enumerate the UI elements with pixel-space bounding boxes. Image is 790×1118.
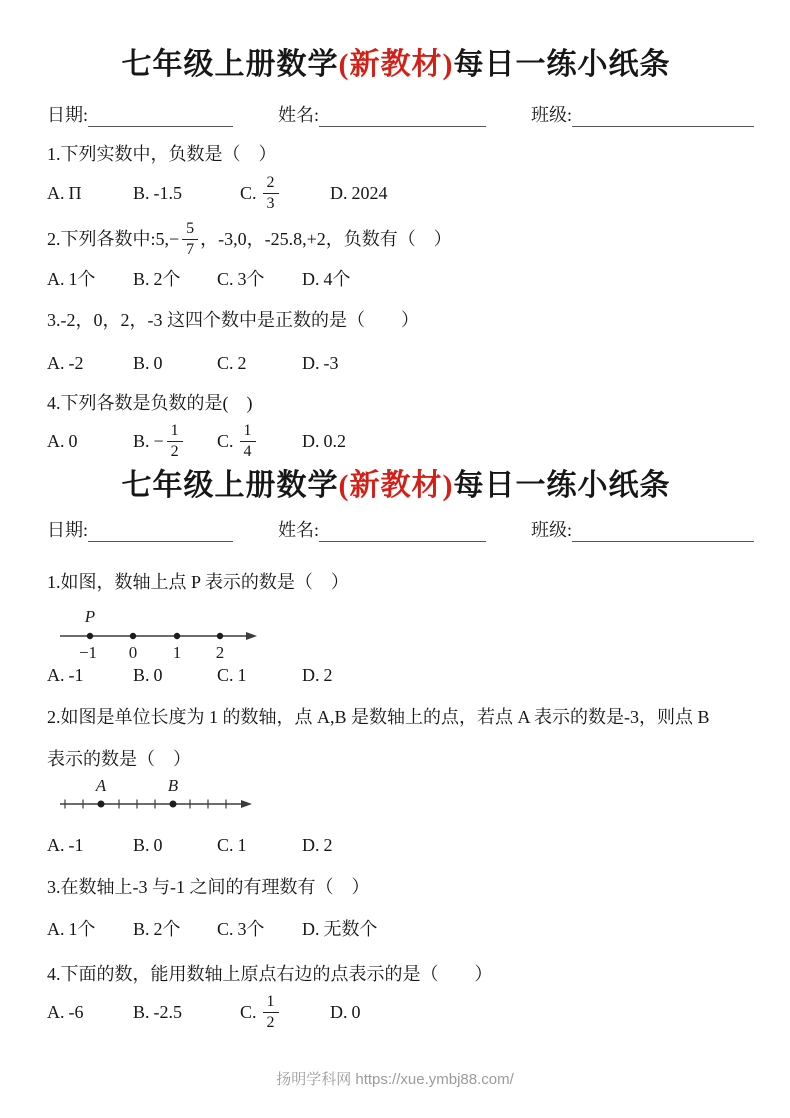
fraction-numerator: 2 [263, 174, 279, 194]
minus-sign: − [154, 429, 164, 453]
choice-value: 1个 [69, 917, 96, 941]
worksheet-section-2: 七年级上册数学(新教材)每日一练小纸条 日期: 姓名: 班级: 1.如图，数轴上… [47, 467, 745, 1035]
point-p-label: P [84, 609, 95, 626]
choice-value: 0 [154, 351, 163, 375]
title-text-right: 每日一练小纸条 [453, 469, 670, 502]
choice-label: A. [47, 351, 65, 375]
choice-value: 2 [238, 351, 247, 375]
point-dot [174, 633, 180, 639]
choice: C.14 [217, 422, 302, 461]
fraction-denominator: 3 [263, 194, 279, 213]
choice-label: A. [47, 267, 65, 291]
question-text: 1.如图，数轴上点 P 表示的数是（ ） [47, 570, 745, 594]
choice-value: -1.5 [154, 181, 183, 205]
choice-label: A. [47, 833, 65, 857]
choice: D.无数个 [302, 917, 378, 941]
question-text: 4.下面的数，能用数轴上原点右边的点表示的是（ ） [47, 962, 745, 986]
fraction-denominator: 7 [182, 240, 198, 259]
choices-row: A.0 B.−12 C.14 D.0.2 [47, 418, 745, 464]
question-text-pre: 2.下列各数中:5, [47, 216, 169, 262]
worksheet-page: 七年级上册数学(新教材)每日一练小纸条 日期: 姓名: 班级: 1.下列实数中，… [0, 0, 790, 1118]
choice-value: 0 [352, 1000, 361, 1024]
class-field: 班级: [531, 518, 754, 542]
choice-label: B. [133, 429, 150, 453]
choice-value: 0 [154, 833, 163, 857]
choice-value: 2 [324, 663, 333, 687]
choice-value: 0 [154, 663, 163, 687]
question-text-line2: 表示的数是（ ） [47, 747, 745, 771]
title-highlight: (新教材) [339, 48, 454, 81]
choice-value: 3个 [238, 267, 265, 291]
fraction-numerator: 1 [263, 993, 279, 1013]
choice-value: 4个 [324, 267, 351, 291]
choice-label: D. [330, 1000, 348, 1024]
title-highlight: (新教材) [339, 469, 454, 502]
choice-label: C. [217, 351, 234, 375]
class-label: 班级: [531, 103, 572, 127]
fraction-denominator: 4 [240, 442, 256, 461]
choice: C.3个 [217, 267, 302, 291]
fraction-denominator: 2 [167, 442, 183, 461]
choice-label: B. [133, 833, 150, 857]
date-field: 日期: [47, 518, 278, 542]
choice-value: 2 [324, 833, 333, 857]
tick-label: 1 [173, 643, 182, 662]
choice-label: B. [133, 1000, 150, 1024]
point-dot [217, 633, 223, 639]
choice: D.0 [330, 1000, 361, 1024]
date-blank [88, 521, 233, 542]
fraction-numerator: 5 [182, 220, 198, 240]
choice-value: 0.2 [324, 429, 347, 453]
choice: B.-2.5 [133, 1000, 240, 1024]
question-text-line1: 2.如图是单位长度为 1 的数轴，点 A,B 是数轴上的点，若点 A 表示的数是… [47, 705, 745, 729]
name-blank [319, 106, 486, 127]
choice: A.-1 [47, 663, 133, 687]
choice: D.2 [302, 663, 333, 687]
choice-label: C. [217, 833, 234, 857]
choice-label: A. [47, 917, 65, 941]
choices-row: A.1个 B.2个 C.3个 D.无数个 [47, 917, 745, 941]
choice-label: C. [217, 267, 234, 291]
choice: D.2024 [330, 181, 388, 205]
choice-label: C. [240, 1000, 257, 1024]
choice: A.1个 [47, 267, 133, 291]
choice-label: D. [302, 429, 320, 453]
point-a-label: A [95, 776, 107, 795]
fraction-numerator: 1 [240, 422, 256, 442]
choice: B.0 [133, 663, 217, 687]
name-field: 姓名: [278, 518, 531, 542]
choice-value: -3 [324, 351, 339, 375]
choice-label: A. [47, 663, 65, 687]
choice-value: 3个 [238, 917, 265, 941]
tick-label: 2 [216, 643, 225, 662]
footer-credit: 扬明学科网 https://xue.ymbj88.com/ [0, 1068, 790, 1089]
choice: A.0 [47, 429, 133, 453]
choice-label: A. [47, 429, 65, 453]
fraction: 57 [182, 220, 198, 259]
choice: B.−12 [133, 422, 217, 461]
choice-label: D. [302, 351, 320, 375]
choice: A.1个 [47, 917, 133, 941]
choice: A.Π [47, 181, 133, 205]
fraction-denominator: 2 [263, 1013, 279, 1032]
title-text-right: 每日一练小纸条 [453, 48, 670, 81]
question-text-post: ，-3,0，-25.8,+2，负数有（ ） [200, 216, 452, 262]
choice-value: Π [69, 181, 82, 205]
choice-label: B. [133, 351, 150, 375]
date-field: 日期: [47, 103, 278, 127]
choice: C.2 [217, 351, 302, 375]
choice-value: -6 [69, 1000, 84, 1024]
choice: D.-3 [302, 351, 339, 375]
section-title: 七年级上册数学(新教材)每日一练小纸条 [47, 467, 745, 505]
number-line-figure-1: P −1 0 1 2 [58, 609, 298, 663]
choice-value: -2.5 [154, 1000, 183, 1024]
arrow-right-icon [246, 632, 257, 640]
number-line-figure-2: A B [58, 776, 303, 818]
choice: D.0.2 [302, 429, 346, 453]
question-text: 4.下列各数是负数的是( ) [47, 391, 745, 415]
choice: A.-6 [47, 1000, 133, 1024]
choice-value: 无数个 [324, 917, 378, 941]
point-a-dot [98, 801, 105, 808]
question-text: 1.下列实数中，负数是（ ） [47, 142, 745, 166]
choice: C.12 [240, 993, 330, 1032]
choice-label: D. [302, 663, 320, 687]
choice-label: B. [133, 181, 150, 205]
choice-label: D. [302, 267, 320, 291]
tick-label: −1 [79, 643, 97, 662]
choice: A.-2 [47, 351, 133, 375]
question-text: 3.在数轴上-3 与-1 之间的有理数有（ ） [47, 875, 745, 899]
arrow-right-icon [241, 800, 252, 808]
section-title: 七年级上册数学(新教材)每日一练小纸条 [47, 0, 745, 84]
date-label: 日期: [47, 518, 88, 542]
choice: C.3个 [217, 917, 302, 941]
choices-row: A.-1 B.0 C.1 D.2 [47, 833, 745, 857]
choice-value: 1 [238, 663, 247, 687]
name-label: 姓名: [278, 518, 319, 542]
choice-label: D. [330, 181, 348, 205]
class-blank [572, 521, 754, 542]
choice: A.-1 [47, 833, 133, 857]
choice: D.2 [302, 833, 333, 857]
class-field: 班级: [531, 103, 754, 127]
choice-value: 2个 [154, 267, 181, 291]
date-label: 日期: [47, 103, 88, 127]
title-text-left: 七年级上册数学 [122, 48, 339, 81]
choices-row: A.-1 B.0 C.1 D.2 [47, 663, 745, 687]
choice: C.23 [240, 174, 330, 213]
choice-label: C. [217, 429, 234, 453]
question-text: 2.下列各数中:5,−57，-3,0，-25.8,+2，负数有（ ） [47, 216, 745, 262]
choice-value: 0 [69, 429, 78, 453]
point-dot [130, 633, 136, 639]
choice: B.2个 [133, 917, 217, 941]
choice: C.1 [217, 833, 302, 857]
choice-value: 2024 [352, 181, 388, 205]
name-label: 姓名: [278, 103, 319, 127]
fraction: 12 [167, 422, 183, 461]
class-blank [572, 106, 754, 127]
fraction: 12 [263, 993, 279, 1032]
choice: B.-1.5 [133, 181, 240, 205]
name-blank [319, 521, 486, 542]
choice-value: 1个 [69, 267, 96, 291]
choice-label: B. [133, 917, 150, 941]
choice-label: C. [240, 181, 257, 205]
choice-label: D. [302, 917, 320, 941]
choices-row: A.Π B.-1.5 C.23 D.2024 [47, 170, 745, 216]
choice-value: 1 [238, 833, 247, 857]
choice: B.0 [133, 833, 217, 857]
point-dot [87, 633, 93, 639]
choice-label: A. [47, 181, 65, 205]
minus-sign: − [169, 216, 179, 262]
point-b-label: B [168, 776, 179, 795]
choice: C.1 [217, 663, 302, 687]
choice-label: B. [133, 267, 150, 291]
fraction: 23 [263, 174, 279, 213]
choice-label: B. [133, 663, 150, 687]
choices-row: A.-2 B.0 C.2 D.-3 [47, 351, 745, 375]
choice: B.2个 [133, 267, 217, 291]
tick-label: 0 [129, 643, 138, 662]
choice-value: -2 [69, 351, 84, 375]
date-blank [88, 106, 233, 127]
choice: B.0 [133, 351, 217, 375]
worksheet-section-1: 七年级上册数学(新教材)每日一练小纸条 日期: 姓名: 班级: 1.下列实数中，… [47, 0, 745, 464]
header-fields: 日期: 姓名: 班级: [47, 518, 745, 542]
question-text: 3.-2，0，2，-3 这四个数中是正数的是（ ） [47, 308, 745, 332]
choice-value: 2个 [154, 917, 181, 941]
choices-row: A.1个 B.2个 C.3个 D.4个 [47, 267, 745, 291]
choice-value: -1 [69, 663, 84, 687]
choice-label: A. [47, 1000, 65, 1024]
choice-label: D. [302, 833, 320, 857]
header-fields: 日期: 姓名: 班级: [47, 103, 745, 127]
title-text-left: 七年级上册数学 [122, 469, 339, 502]
choices-row: A.-6 B.-2.5 C.12 D.0 [47, 989, 745, 1035]
name-field: 姓名: [278, 103, 531, 127]
point-b-dot [170, 801, 177, 808]
choice-label: C. [217, 663, 234, 687]
class-label: 班级: [531, 518, 572, 542]
choice: D.4个 [302, 267, 351, 291]
fraction: 14 [240, 422, 256, 461]
choice-label: C. [217, 917, 234, 941]
fraction-numerator: 1 [167, 422, 183, 442]
choice-value: -1 [69, 833, 84, 857]
